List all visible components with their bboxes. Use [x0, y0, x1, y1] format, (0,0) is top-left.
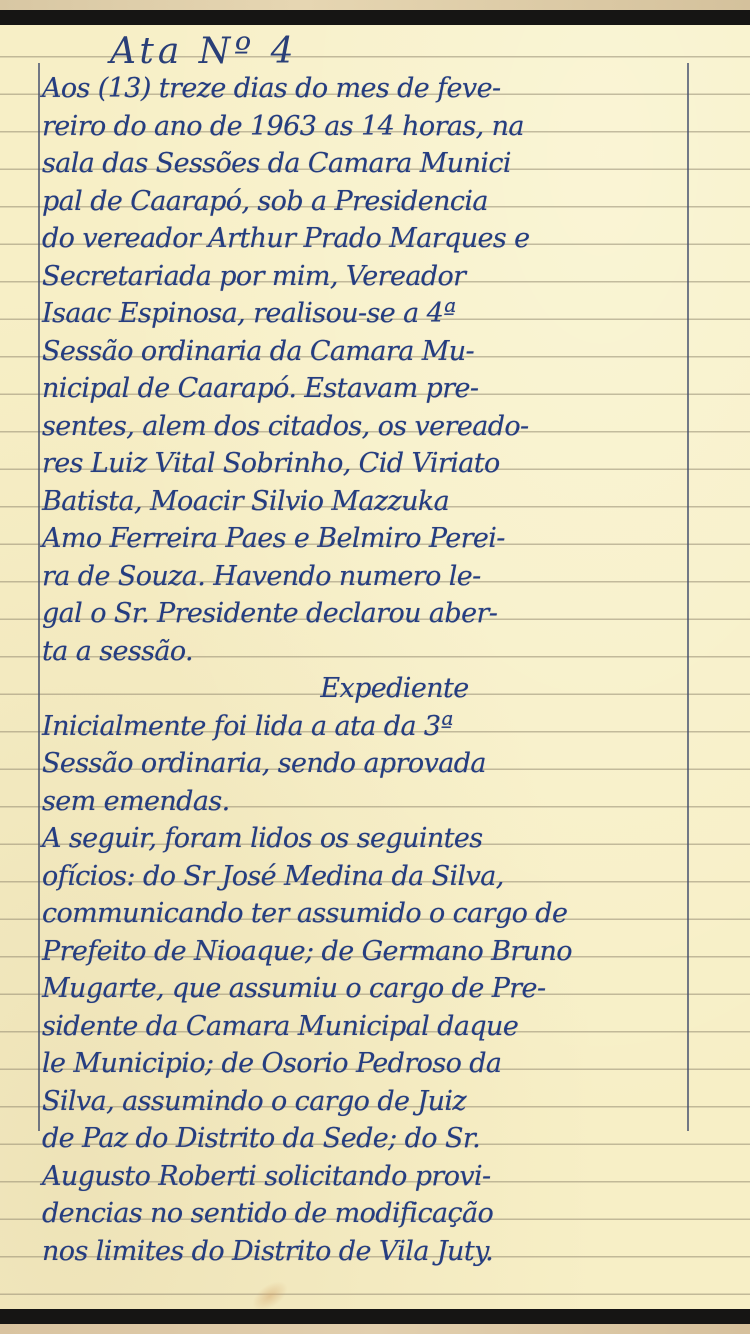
text-line: Mugarte, que assumiu o cargo de Pre- — [42, 970, 687, 1008]
text-line: Aos (13) treze dias do mes de feve- — [42, 70, 687, 108]
right-margin-line — [687, 63, 689, 1131]
text-line: gal o Sr. Presidente declarou aber- — [42, 595, 687, 633]
text-line: Sessão ordinaria, sendo aprovada — [42, 745, 687, 783]
text-line: sala das Sessões da Camara Munici — [42, 145, 687, 183]
ledger-page: Ata Nº 4 Aos (13) treze dias do mes de f… — [0, 25, 750, 1309]
text-line: pal de Caarapó, sob a Presidencia — [42, 183, 687, 221]
text-line: reiro do ano de 1963 as 14 horas, na — [42, 108, 687, 146]
text-line: Silva, assumindo o cargo de Juiz — [42, 1083, 687, 1121]
scan-edge-top — [0, 0, 750, 10]
text-line: Isaac Espinosa, realisou-se a 4ª — [42, 295, 687, 333]
text-line: Amo Ferreira Paes e Belmiro Perei- — [42, 520, 687, 558]
text-line: le Municipio; de Osorio Pedroso da — [42, 1045, 687, 1083]
text-line: Sessão ordinaria da Camara Mu- — [42, 333, 687, 371]
text-line: nicipal de Caarapó. Estavam pre- — [42, 370, 687, 408]
text-line: sentes, alem dos citados, os vereado- — [42, 408, 687, 446]
text-line: sem emendas. — [42, 783, 687, 821]
frame-bar-top — [0, 10, 750, 25]
text-line: A seguir, foram lidos os seguintes — [42, 820, 687, 858]
minutes-body: Aos (13) treze dias do mes de feve- reir… — [42, 70, 687, 1270]
text-line: res Luiz Vital Sobrinho, Cid Viriato — [42, 445, 687, 483]
text-line: Prefeito de Nioaque; de Germano Bruno — [42, 933, 687, 971]
text-line: de Paz do Distrito da Sede; do Sr. — [42, 1120, 687, 1158]
text-line: nos limites do Distrito de Vila Juty. — [42, 1233, 687, 1271]
section-heading-expediente: Expediente — [42, 670, 687, 708]
text-line: do vereador Arthur Prado Marques e — [42, 220, 687, 258]
scan-edge-bottom — [0, 1324, 750, 1334]
text-line: Augusto Roberti solicitando provi- — [42, 1158, 687, 1196]
text-line: Inicialmente foi lida a ata da 3ª — [42, 708, 687, 746]
text-line: ofícios: do Sr José Medina da Silva, — [42, 858, 687, 896]
frame-bar-bottom — [0, 1309, 750, 1324]
text-line: communicando ter assumido o cargo de — [42, 895, 687, 933]
text-line: ta a sessão. — [42, 633, 687, 671]
text-line: Batista, Moacir Silvio Mazzuka — [42, 483, 687, 521]
text-line: Secretariada por mim, Vereador — [42, 258, 687, 296]
text-line: dencias no sentido de modificação — [42, 1195, 687, 1233]
document-title: Ata Nº 4 — [110, 31, 298, 72]
left-margin-line — [38, 63, 40, 1131]
text-line: sidente da Camara Municipal daque — [42, 1008, 687, 1046]
text-line: ra de Souza. Havendo numero le- — [42, 558, 687, 596]
